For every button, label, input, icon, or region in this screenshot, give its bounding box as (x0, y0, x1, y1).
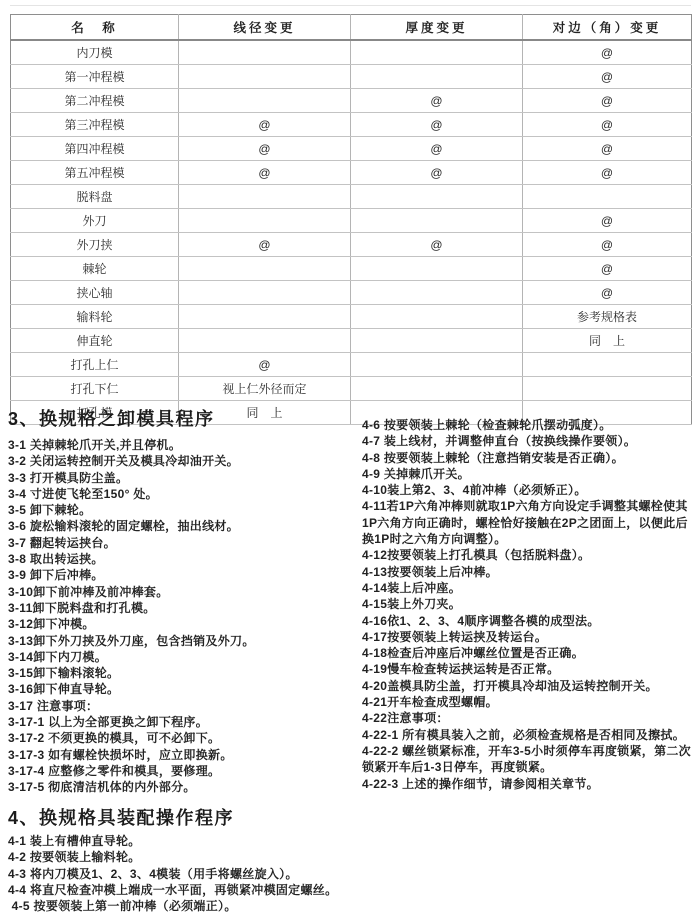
change-flag-cell: 同 上 (523, 329, 692, 353)
change-flag-cell: @ (523, 113, 692, 137)
change-flag-cell (179, 40, 351, 65)
change-flag-cell: @ (523, 281, 692, 305)
part-name-cell: 第三冲程模 (11, 113, 179, 137)
part-name-cell: 打孔下仁 (11, 377, 179, 401)
change-flag-cell: 参考规格表 (523, 305, 692, 329)
table-row: 挟心轴@ (11, 281, 692, 305)
procedure-step: 3-4 寸进使飞轮至150° 处。 (8, 486, 360, 502)
table-row: 第四冲程模@@@ (11, 137, 692, 161)
procedure-step: 4-10装上第2、3、4前冲棒（必须矫正）。 (362, 482, 698, 498)
change-flag-cell (179, 305, 351, 329)
change-flag-cell: @ (179, 233, 351, 257)
procedure-step: 3-1 关掉棘轮爪开关,并且停机。 (8, 437, 360, 453)
change-flag-cell: @ (351, 89, 523, 113)
change-flag-cell (179, 329, 351, 353)
change-flag-cell: @ (523, 65, 692, 89)
change-flag-cell (351, 257, 523, 281)
table-header-row: 名 称 线径变更 厚度变更 对边（角）变更 (11, 15, 692, 41)
header-name: 名 称 (11, 15, 179, 41)
procedure-step: 4-5 按要领装上第一前冲棒（必须端正）。 (8, 898, 478, 914)
part-name-cell: 挟心轴 (11, 281, 179, 305)
procedure-step: 4-6 按要领装上棘轮（检查棘轮爪摆动弧度）。 (362, 417, 698, 433)
procedure-step: 3-17-4 应整修之零件和模具，要修理。 (8, 763, 360, 779)
procedure-step: 4-22注意事项： (362, 710, 698, 726)
change-flag-cell: @ (351, 113, 523, 137)
change-flag-cell (351, 353, 523, 377)
document-page: 名 称 线径变更 厚度变更 对边（角）变更 内刀模@第一冲程模@第二冲程模@@第… (0, 0, 700, 919)
change-flag-cell (179, 257, 351, 281)
change-flag-cell: @ (523, 40, 692, 65)
procedure-step: 3-11卸下脱料盘和打孔模。 (8, 600, 360, 616)
part-name-cell: 第一冲程模 (11, 65, 179, 89)
change-flag-cell (351, 40, 523, 65)
procedure-step: 4-18检查后冲座后冲螺丝位置是否正确。 (362, 645, 698, 661)
procedure-step: 3-13卸下外刀挟及外刀座，包含挡销及外刀。 (8, 633, 360, 649)
procedure-step: 3-10卸下前冲棒及前冲棒套。 (8, 584, 360, 600)
table-row: 第五冲程模@@@ (11, 161, 692, 185)
procedure-step: 4-7 装上线材，并调整伸直台（按换线操作要领）。 (362, 433, 698, 449)
change-flag-cell (351, 65, 523, 89)
table-row: 外刀@ (11, 209, 692, 233)
table-row: 伸直轮同 上 (11, 329, 692, 353)
change-flag-cell (351, 209, 523, 233)
procedure-step: 3-5 卸下棘轮。 (8, 502, 360, 518)
change-flag-cell (179, 65, 351, 89)
header-wire-diameter-change: 线径变更 (179, 15, 351, 41)
table-row: 打孔下仁视上仁外径而定 (11, 377, 692, 401)
procedure-step: 3-7 翻起转运挟台。 (8, 535, 360, 551)
procedure-step: 3-6 旋松输料滚轮的固定螺栓，抽出线材。 (8, 518, 360, 534)
change-flag-cell (179, 89, 351, 113)
change-flag-cell: @ (351, 137, 523, 161)
procedure-step: 4-13按要领装上后冲棒。 (362, 564, 698, 580)
procedure-step: 4-12按要领装上打孔模具（包括脱料盘）。 (362, 547, 698, 563)
procedure-step: 4-1 装上有槽伸直导轮。 (8, 833, 478, 849)
procedure-step: 3-2 关闭运转控制开关及模具冷却油开关。 (8, 453, 360, 469)
change-flag-cell: @ (351, 161, 523, 185)
part-name-cell: 外刀 (11, 209, 179, 233)
change-flag-cell: @ (179, 353, 351, 377)
section4-title: 4、换规格具装配操作程序 (8, 804, 234, 830)
change-flag-cell: @ (351, 233, 523, 257)
table-row: 内刀模@ (11, 40, 692, 65)
change-flag-cell: @ (523, 233, 692, 257)
change-flag-cell: @ (523, 137, 692, 161)
procedure-step: 4-20盖模具防尘盖，打开模具冷却油及运转控制开关。 (362, 678, 698, 694)
change-flag-cell: @ (523, 161, 692, 185)
procedure-step: 3-17-1 以上为全部更换之卸下程序。 (8, 714, 360, 730)
change-flag-cell: 视上仁外径而定 (179, 377, 351, 401)
procedure-step: 3-17-5 彻底清洁机体的内外部分。 (8, 779, 360, 795)
header-thickness-change: 厚度变更 (351, 15, 523, 41)
procedure-step: 3-16卸下伸直导轮。 (8, 681, 360, 697)
change-flag-cell (351, 185, 523, 209)
procedure-step: 4-16依1、2、3、4顺序调整各模的成型法。 (362, 613, 698, 629)
part-name-cell: 脱料盘 (11, 185, 179, 209)
table-row: 输料轮参考规格表 (11, 305, 692, 329)
spec-change-table: 名 称 线径变更 厚度变更 对边（角）变更 内刀模@第一冲程模@第二冲程模@@第… (10, 14, 692, 425)
part-name-cell: 第四冲程模 (11, 137, 179, 161)
table-row: 棘轮@ (11, 257, 692, 281)
part-name-cell: 棘轮 (11, 257, 179, 281)
section4-steps: 4-1 装上有槽伸直导轮。4-2 按要领装上输料轮。4-3 将内刀模及1、2、3… (8, 833, 478, 914)
procedure-step: 4-22-1 所有模具装入之前，必须检查规格是否相同及擦拭。 (362, 727, 698, 743)
procedure-step: 4-19慢车检查转运挟运转是否正常。 (362, 661, 698, 677)
table-row: 脱料盘 (11, 185, 692, 209)
procedure-step: 4-22-3 上述的操作细节，请参阅相关章节。 (362, 776, 698, 792)
change-flag-cell (351, 305, 523, 329)
procedure-step: 3-3 打开模具防尘盖。 (8, 470, 360, 486)
part-name-cell: 输料轮 (11, 305, 179, 329)
procedure-step: 4-4 将直尺检查冲模上端成一水平面，再锁紧冲模固定螺丝。 (8, 882, 478, 898)
change-flag-cell (523, 353, 692, 377)
change-flag-cell (179, 209, 351, 233)
table-body: 内刀模@第一冲程模@第二冲程模@@第三冲程模@@@第四冲程模@@@第五冲程模@@… (11, 40, 692, 425)
procedure-step: 4-3 将内刀模及1、2、3、4模装（用手将螺丝旋入）。 (8, 866, 478, 882)
change-flag-cell: @ (523, 89, 692, 113)
procedure-step: 4-2 按要领装上输料轮。 (8, 849, 478, 865)
procedure-step: 3-12卸下冲模。 (8, 616, 360, 632)
procedure-step: 4-21开车检查成型螺帽。 (362, 694, 698, 710)
procedure-step: 4-9 关掉棘爪开关。 (362, 466, 698, 482)
table-row: 第一冲程模@ (11, 65, 692, 89)
procedure-step: 3-17 注意事项： (8, 698, 360, 714)
change-flag-cell (179, 281, 351, 305)
page-top-rule (10, 5, 691, 6)
table-row: 打孔上仁@ (11, 353, 692, 377)
section4-continued-steps: 4-6 按要领装上棘轮（检查棘轮爪摆动弧度）。4-7 装上线材，并调整伸直台（按… (362, 417, 698, 792)
change-flag-cell: @ (523, 257, 692, 281)
section3-title: 3、换规格之卸模具程序 (8, 405, 215, 431)
procedure-step: 4-11若1P六角冲棒则就取1P六角方向设定手调整其螺栓使其1P六角方向正确时，… (362, 498, 698, 547)
procedure-step: 3-14卸下内刀模。 (8, 649, 360, 665)
procedure-step: 4-22-2 螺丝锁紧标准，开车3-5小时须停车再度锁紧，第二次锁紧开车后1-3… (362, 743, 698, 776)
change-flag-cell (523, 185, 692, 209)
part-name-cell: 外刀挟 (11, 233, 179, 257)
change-flag-cell (523, 377, 692, 401)
part-name-cell: 第二冲程模 (11, 89, 179, 113)
procedure-step: 4-8 按要领装上棘轮（注意挡销安装是否正确）。 (362, 450, 698, 466)
procedure-step: 4-14装上后冲座。 (362, 580, 698, 596)
change-flag-cell (351, 329, 523, 353)
part-name-cell: 第五冲程模 (11, 161, 179, 185)
table-row: 第三冲程模@@@ (11, 113, 692, 137)
procedure-step: 3-15卸下输料滚轮。 (8, 665, 360, 681)
table-row: 外刀挟@@@ (11, 233, 692, 257)
change-flag-cell: @ (179, 113, 351, 137)
procedure-step: 4-17按要领装上转运挟及转运台。 (362, 629, 698, 645)
change-flag-cell (351, 281, 523, 305)
header-across-flats-change: 对边（角）变更 (523, 15, 692, 41)
procedure-step: 3-17-3 如有螺栓快损坏时，应立即换新。 (8, 747, 360, 763)
part-name-cell: 打孔上仁 (11, 353, 179, 377)
procedure-step: 3-9 卸下后冲棒。 (8, 567, 360, 583)
procedure-step: 3-17-2 不须更换的模具，可不必卸下。 (8, 730, 360, 746)
change-flag-cell: @ (179, 161, 351, 185)
change-flag-cell (179, 185, 351, 209)
procedure-step: 3-8 取出转运挟。 (8, 551, 360, 567)
part-name-cell: 伸直轮 (11, 329, 179, 353)
section3-steps: 3-1 关掉棘轮爪开关,并且停机。3-2 关闭运转控制开关及模具冷却油开关。3-… (8, 437, 360, 796)
part-name-cell: 内刀模 (11, 40, 179, 65)
change-flag-cell: @ (523, 209, 692, 233)
change-flag-cell: @ (179, 137, 351, 161)
change-flag-cell (351, 377, 523, 401)
table-row: 第二冲程模@@ (11, 89, 692, 113)
procedure-step: 4-15装上外刀夹。 (362, 596, 698, 612)
